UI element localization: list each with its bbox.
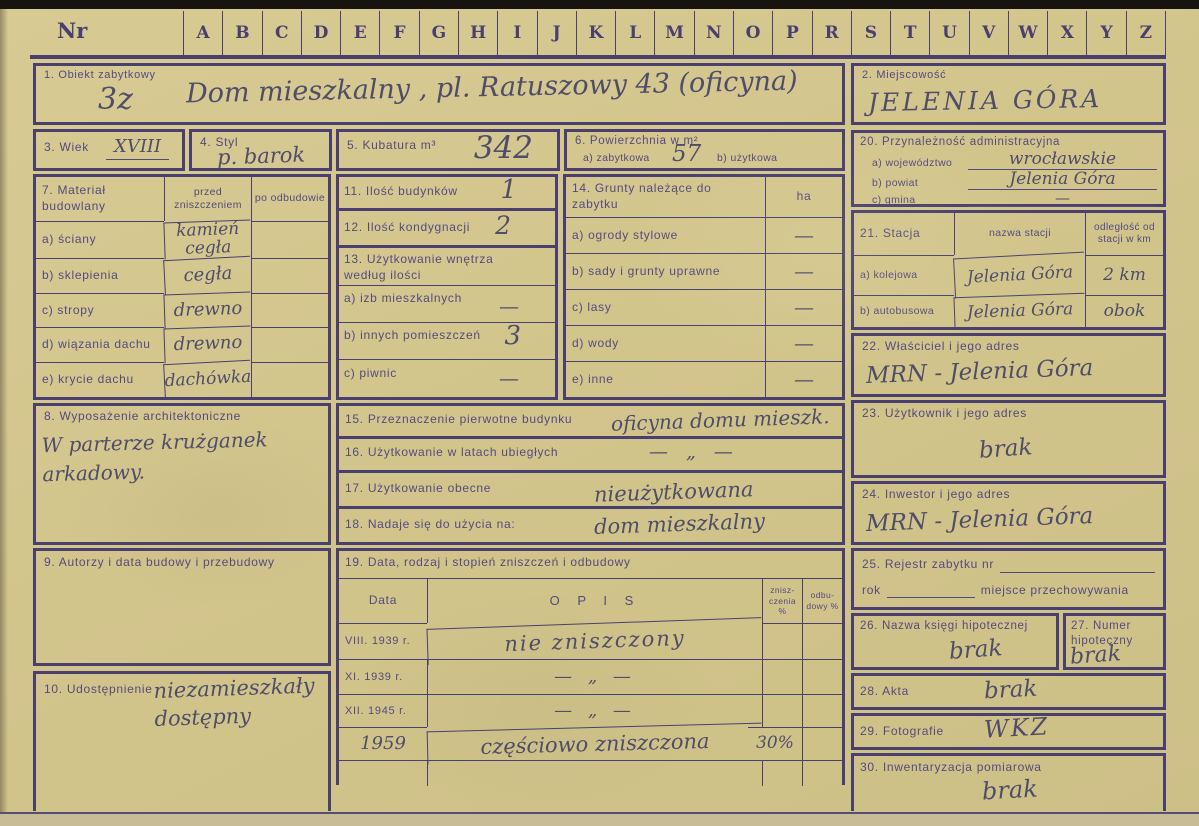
field-19-row-zniszczenia: [762, 659, 802, 694]
field-26-label: 26. Nazwa księgi hipotecznej: [860, 619, 1028, 634]
field-14-row-label: a) ogrody stylowe: [566, 217, 765, 253]
field-9-label: 9. Autorzy i data budowy i przebudowy: [44, 555, 275, 571]
alphabet-cell-m: M: [654, 11, 693, 55]
field-11-value: 1: [500, 177, 517, 204]
scan-edge-top: [0, 0, 1199, 9]
field-30-value: brak: [981, 777, 1038, 805]
field-3-value: XVIII: [106, 138, 169, 160]
alphabet-cell-b: B: [222, 11, 261, 55]
field-21-row-label: a) kolejowa: [854, 255, 954, 295]
field-7-row-label: c) stropy: [36, 293, 164, 328]
field-7-row-after: [251, 362, 328, 397]
field-13-row-label: a) izb mieszkalnych: [344, 291, 462, 307]
field-7-row-label: b) sklepienia: [36, 258, 164, 293]
field-22-value: MRN - Jelenia Góra: [866, 356, 1094, 388]
field-13-row-value: 3: [504, 323, 521, 350]
field-14-label: 14. Grunty należące do zabytku: [572, 181, 742, 212]
alphabet-cell-f: F: [379, 11, 418, 55]
field-10-value: niezamieszkały dostępny: [153, 671, 330, 734]
alphabet-cell-d: D: [301, 11, 340, 55]
field-13-label: 13. Użytkowanie wnętrza według ilości: [344, 252, 514, 283]
field-19-row-opis: nie zniszczony: [426, 617, 762, 665]
alphabet-cell-k: K: [576, 11, 615, 55]
alphabet-cell-r: R: [812, 11, 851, 55]
field-6a-label: a) zabytkowa: [583, 152, 650, 165]
field-18-nadaje-sie: 18. Nadaje się do użycia na: dom mieszka…: [339, 509, 842, 542]
field-7-col-before: przed zniszczeniem: [164, 177, 251, 221]
field-2-value: JELENIA GÓRA: [868, 86, 1103, 116]
field-19-row-odbudowy: [802, 659, 842, 694]
alphabet-cell-z: Z: [1126, 11, 1165, 55]
alphabet-cell-g: G: [419, 11, 458, 55]
field-28-value: brak: [983, 677, 1038, 704]
field-13-row-izb: a) izb mieszkalnych —: [339, 286, 555, 323]
field-23-uzytkownik: 23. Użytkownik i jego adres brak: [851, 400, 1166, 478]
field-13-row-piwnic: c) piwnic —: [339, 360, 555, 397]
field-21-row-label: b) autobusowa: [854, 295, 954, 327]
field-1-obiekt-zabytkowy: 1. Obiekt zabytkowy 3z Dom mieszkalny , …: [33, 63, 845, 125]
field-22-label: 22. Właściciel i jego adres: [862, 339, 1020, 355]
field-30-inwentaryzacja: 30. Inwentaryzacja pomiarowa brak: [851, 753, 1166, 811]
field-13-header: 13. Użytkowanie wnętrza według ilości: [339, 248, 555, 286]
alphabet-cell-v: V: [969, 11, 1008, 55]
field-19-row-opis: częściowo zniszczona: [427, 723, 763, 765]
field-19-row-odbudowy: [802, 727, 842, 760]
field-10-label: 10. Udostępnienie: [44, 682, 153, 698]
field-7-row-before: dachówka: [163, 360, 252, 399]
field-6-powierzchnia: 6. Powierzchnia w m² a) zabytkowa 57 b) …: [564, 129, 845, 171]
field-20-przynaleznosc: 20. Przynależność administracyjna a) woj…: [851, 130, 1166, 207]
field-19-row-zniszczenia: [762, 694, 802, 727]
alphabet-cell-o: O: [733, 11, 772, 55]
field-12-value: 2: [495, 213, 511, 239]
field-7-row-before: drewno: [163, 291, 251, 329]
field-26-ksiega-hipoteczna: 26. Nazwa księgi hipotecznej brak: [851, 613, 1059, 670]
field-14-row-value: —: [765, 325, 842, 361]
field-13-row-innych: b) innych pomieszczeń 3: [339, 323, 555, 360]
alphabet-cell-n: N: [694, 11, 733, 55]
field-25-label-rok: rok: [862, 583, 881, 599]
field-13-row-value: —: [499, 296, 519, 317]
field-20a-value: wrocławskie: [968, 151, 1157, 170]
alphabet-row: ABCDEFGHIJKLMNOPRSTUVWXYZ: [183, 11, 1166, 55]
field-19-label: 19. Data, rodzaj i stopień zniszczeń i o…: [345, 555, 631, 571]
field-13-row-label: c) piwnic: [344, 366, 397, 382]
field-12-label: 12. Ilość kondygnacji: [344, 220, 470, 236]
field-8-label: 8. Wyposażenie architektoniczne: [44, 409, 241, 425]
field-21-col-odleglosc: odległość od stacji w km: [1085, 213, 1163, 255]
field-7-row-after: [251, 327, 328, 362]
field-5-label: 5. Kubatura m³: [347, 138, 436, 154]
field-19-row-zniszczenia: 30%: [748, 727, 802, 760]
field-21-row-nazwa: Jelenia Góra: [953, 252, 1086, 299]
field-24-label: 24. Inwestor i jego adres: [862, 487, 1010, 503]
alphabet-cell-l: L: [615, 11, 654, 55]
field-7-row-before: drewno: [163, 326, 251, 364]
alphabet-cell-i: I: [497, 11, 536, 55]
field-17-label: 17. Użytkowanie obecne: [345, 481, 491, 497]
field-13-row-value: —: [499, 368, 519, 389]
field-7-row-before: kamień cegła: [163, 219, 251, 259]
field-2-label: 2. Miejscowość: [862, 68, 946, 82]
field-9-autorzy: 9. Autorzy i data budowy i przebudowy: [33, 548, 331, 666]
field-20b-value: Jelenia Góra: [968, 171, 1157, 190]
field-20c-label: c) gmina: [872, 194, 968, 207]
alphabet-cell-s: S: [851, 11, 890, 55]
field-7-row-label: d) wiązania dachu: [36, 327, 164, 362]
alphabet-cell-t: T: [890, 11, 929, 55]
field-19-table: Data O P I S znisz-czenia % odbu-dowy % …: [339, 578, 842, 786]
field-14-row-value: —: [765, 361, 842, 397]
field-7-row-label: e) krycie dachu: [36, 362, 164, 397]
field-7-row-after: [251, 293, 328, 328]
field-2-miejscowosc: 2. Miejscowość JELENIA GÓRA: [851, 63, 1166, 125]
field-17-value: nieużytkowana: [594, 478, 754, 506]
alphabet-cell-u: U: [929, 11, 968, 55]
alphabet-cell-y: Y: [1086, 11, 1125, 55]
field-25-rejestr: 25. Rejestr zabytku nr rok miejsce przec…: [851, 548, 1166, 610]
field-23-value: brak: [978, 435, 1033, 463]
field-7-col-after: po odbudowie: [251, 177, 328, 221]
alphabet-cell-h: H: [458, 11, 497, 55]
field-11-12-13-group: 11. Ilość budynków 1 12. Ilość kondygnac…: [336, 174, 558, 400]
field-1-label: 1. Obiekt zabytkowy: [44, 68, 156, 82]
field-19-col-odbudowy: odbu-dowy %: [802, 578, 842, 623]
field-13-row-label: b) innych pomieszczeń: [344, 328, 481, 344]
field-6b-label: b) użytkowa: [717, 152, 777, 165]
field-19-row-data: XI. 1939 r.: [339, 659, 427, 694]
field-8-value: W parterze krużganek arkadowy.: [41, 425, 287, 489]
field-19-col-opis: O P I S: [427, 578, 762, 623]
alphabet-cell-j: J: [537, 11, 576, 55]
field-20b-label: b) powiat: [872, 177, 968, 190]
field-8-wyposazenie: 8. Wyposażenie architektoniczne W parter…: [33, 403, 331, 545]
field-19-zniszczenia: 19. Data, rodzaj i stopień zniszczeń i o…: [336, 548, 845, 785]
field-14-unit-ha: ha: [765, 177, 842, 217]
field-17-uzytkowanie-obecne: 17. Użytkowanie obecne nieużytkowana: [339, 473, 842, 509]
field-7-label: 7. Materiał budowlany: [42, 183, 152, 214]
field-19-row-data: XII. 1945 r.: [339, 694, 427, 727]
field-29-value: WKZ: [983, 714, 1050, 743]
field-14-row-value: —: [765, 289, 842, 325]
field-20a-label: a) województwo: [872, 157, 968, 170]
field-14-grunty: 14. Grunty należące do zabytku ha a) ogr…: [563, 174, 845, 400]
field-22-wlasciciel: 22. Właściciel i jego adres MRN - Jeleni…: [851, 333, 1166, 397]
field-11-label: 11. Ilość budynków: [344, 184, 458, 200]
field-21-stacja: 21. Stacja nazwa stacji odległość od sta…: [851, 210, 1166, 330]
field-19-col-zniszczenia: znisz-czenia %: [762, 578, 802, 623]
field-6a-value: 57: [672, 142, 701, 166]
field-5-kubatura: 5. Kubatura m³ 342: [336, 129, 560, 171]
field-24-value: MRN - Jelenia Góra: [866, 504, 1094, 536]
field-19-row-data: [339, 760, 427, 786]
field-19-row-data: 1959: [339, 727, 427, 760]
field-12-ilosc-kondygnacji: 12. Ilość kondygnacji 2: [339, 211, 555, 248]
field-25-label-miejsce: miejsce przechowywania: [981, 583, 1129, 599]
field-1-code: 3z: [98, 84, 133, 116]
field-28-akta: 28. Akta brak: [851, 673, 1166, 710]
alphabet-cell-e: E: [340, 11, 379, 55]
scan-edge-bottom: [0, 812, 1199, 826]
field-7-row-before: cegła: [163, 255, 252, 294]
field-14-row-label: b) sady i grunty uprawne: [566, 253, 765, 289]
field-21-row-nazwa: Jelenia Góra: [953, 293, 1085, 330]
field-7-row-after: [251, 258, 328, 293]
field-3-label: 3. Wiek: [44, 140, 89, 156]
field-29-fotografie: 29. Fotografie WKZ: [851, 713, 1166, 750]
field-19-col-data: Data: [339, 578, 427, 623]
field-5-value: 342: [474, 132, 533, 165]
field-21-col-nazwa: nazwa stacji: [954, 213, 1085, 255]
field-15-przeznaczenie: 15. Przeznaczenie pierwotne budynku ofic…: [339, 406, 842, 439]
field-10-udostepnienie: 10. Udostępnienie niezamieszkały dostępn…: [33, 671, 331, 811]
alphabet-cell-w: W: [1008, 11, 1047, 55]
field-24-inwestor: 24. Inwestor i jego adres MRN - Jelenia …: [851, 481, 1166, 545]
field-21-row-odleglosc: 2 km: [1085, 255, 1163, 295]
field-14-row-label: e) inne: [566, 361, 765, 397]
alphabet-cell-c: C: [262, 11, 301, 55]
field-21-row-odleglosc: obok: [1085, 295, 1163, 327]
field-7-row-after: [251, 221, 328, 258]
field-26-value: brak: [948, 636, 1003, 664]
field-3-wiek: 3. Wiek XVIII: [33, 129, 185, 171]
field-27-value: brak: [1069, 642, 1122, 669]
field-15-label: 15. Przeznaczenie pierwotne budynku: [345, 412, 572, 428]
field-14-row-value: —: [765, 253, 842, 289]
alphabet-cell-a: A: [183, 11, 222, 55]
field-28-label: 28. Akta: [860, 684, 909, 700]
scan-edge-left: [0, 9, 8, 826]
field-21-label: 21. Stacja: [854, 213, 954, 255]
field-1-value: Dom mieszkalny , pl. Ratuszowy 43 (oficy…: [186, 68, 798, 109]
field-7-material-budowlany: 7. Materiał budowlany przed zniszczeniem…: [33, 174, 331, 400]
field-19-row-opis: — „ —: [427, 659, 762, 694]
field-20c-value: —: [968, 191, 1157, 208]
field-19-row-odbudowy: [802, 623, 842, 659]
header-divider-line: [30, 55, 1166, 59]
alphabet-cell-x: X: [1047, 11, 1086, 55]
field-18-value: dom mieszkalny: [594, 510, 766, 538]
field-14-row-value: —: [765, 217, 842, 253]
field-19-row-opis: — „ —: [427, 694, 762, 727]
field-23-label: 23. Użytkownik i jego adres: [862, 406, 1027, 422]
field-16-label: 16. Użytkowanie w latach ubiegłych: [345, 445, 558, 461]
field-25-blank-nr: [1000, 559, 1155, 573]
field-4-value: p. barok: [217, 143, 306, 168]
field-27-numer-hipoteczny: 27. Numer hipoteczny brak: [1063, 613, 1166, 670]
field-19-row-data: VIII. 1939 r.: [339, 623, 427, 659]
field-14-row-label: c) lasy: [566, 289, 765, 325]
field-19-row-opis: [427, 760, 762, 786]
field-15-18-group: 15. Przeznaczenie pierwotne budynku ofic…: [336, 403, 845, 545]
field-11-ilosc-budynkow: 11. Ilość budynków 1: [339, 177, 555, 211]
alphabet-cell-p: P: [772, 11, 811, 55]
field-4-styl: 4. Styl p. barok: [189, 129, 332, 171]
field-19-row-odbudowy: [802, 760, 842, 786]
field-16-value: — „ —: [649, 443, 739, 463]
field-30-label: 30. Inwentaryzacja pomiarowa: [860, 760, 1042, 776]
field-29-label: 29. Fotografie: [860, 724, 944, 740]
field-19-row-zniszczenia: [762, 760, 802, 786]
nr-label: Nr: [57, 18, 87, 43]
field-14-row-label: d) wody: [566, 325, 765, 361]
field-19-row-zniszczenia: [762, 623, 802, 659]
field-16-uzytkowanie-ubiegle: 16. Użytkowanie w latach ubiegłych — „ —: [339, 439, 842, 473]
field-20-label: 20. Przynależność administracyjna: [860, 135, 1157, 150]
field-15-value: oficyna domu mieszk.: [611, 406, 830, 435]
field-7-row-label: a) ściany: [36, 221, 164, 258]
field-19-row-odbudowy: [802, 694, 842, 727]
field-25-label-nr: 25. Rejestr zabytku nr: [862, 557, 994, 573]
field-18-label: 18. Nadaje się do użycia na:: [345, 517, 515, 533]
field-25-blank-rok: [887, 584, 975, 598]
